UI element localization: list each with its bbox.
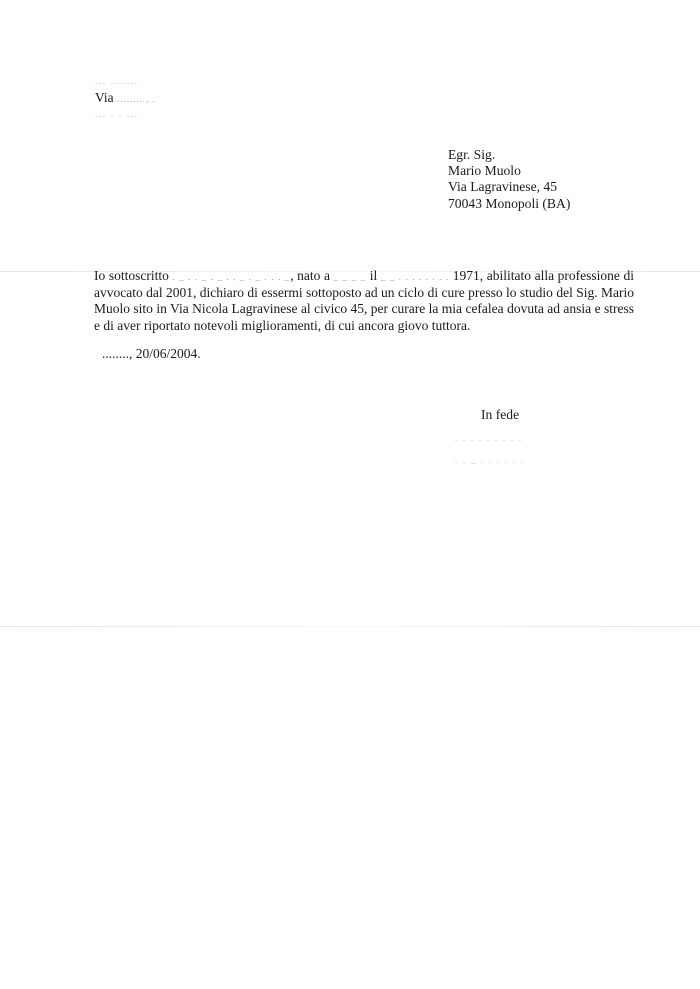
body-text-part: Io sottoscritto [94, 268, 169, 283]
birthplace-redacted: _ _ _ _ [334, 272, 366, 282]
declaration-paragraph: Io sottoscritto . _ . . _ . _ . . _ . _ … [94, 268, 634, 334]
place-redacted: ........ [102, 346, 129, 361]
declarant-name-redacted: . _ . . _ . _ . . _ . _ . . . _ [172, 272, 290, 282]
document-date: , 20/06/2004. [129, 346, 201, 361]
sender-street-label: Via [95, 90, 114, 105]
scan-artifact-line [0, 626, 700, 627]
birthdate-redacted: _ _ . . . . . . . . [381, 272, 449, 282]
closing-text: In fede [481, 407, 519, 423]
signature-redacted-1: . . . . . . . . . [455, 428, 525, 450]
sender-street-redacted: ........ , . [117, 94, 156, 104]
place-and-date: ........, 20/06/2004. [102, 346, 201, 362]
recipient-name: Mario Muolo [448, 163, 570, 179]
sender-name-redacted: ... .. .... [95, 74, 156, 90]
recipient-city: 70043 Monopoli (BA) [448, 196, 570, 212]
signature-redacted-2: . . _ . . . . . . [455, 450, 525, 472]
recipient-address: Egr. Sig. Mario Muolo Via Lagravinese, 4… [448, 147, 570, 212]
sender-address: ... .. .... Via ........ , . ... . . ... [95, 74, 156, 123]
body-text-part: il [370, 268, 378, 283]
recipient-salutation: Egr. Sig. [448, 147, 570, 163]
recipient-street: Via Lagravinese, 45 [448, 179, 570, 195]
sender-street: Via ........ , . [95, 90, 156, 107]
signature-block: . . . . . . . . . . . _ . . . . . . [455, 428, 525, 472]
body-text-part: , nato a [290, 268, 330, 283]
sender-city-redacted: ... . . ... [95, 107, 156, 123]
